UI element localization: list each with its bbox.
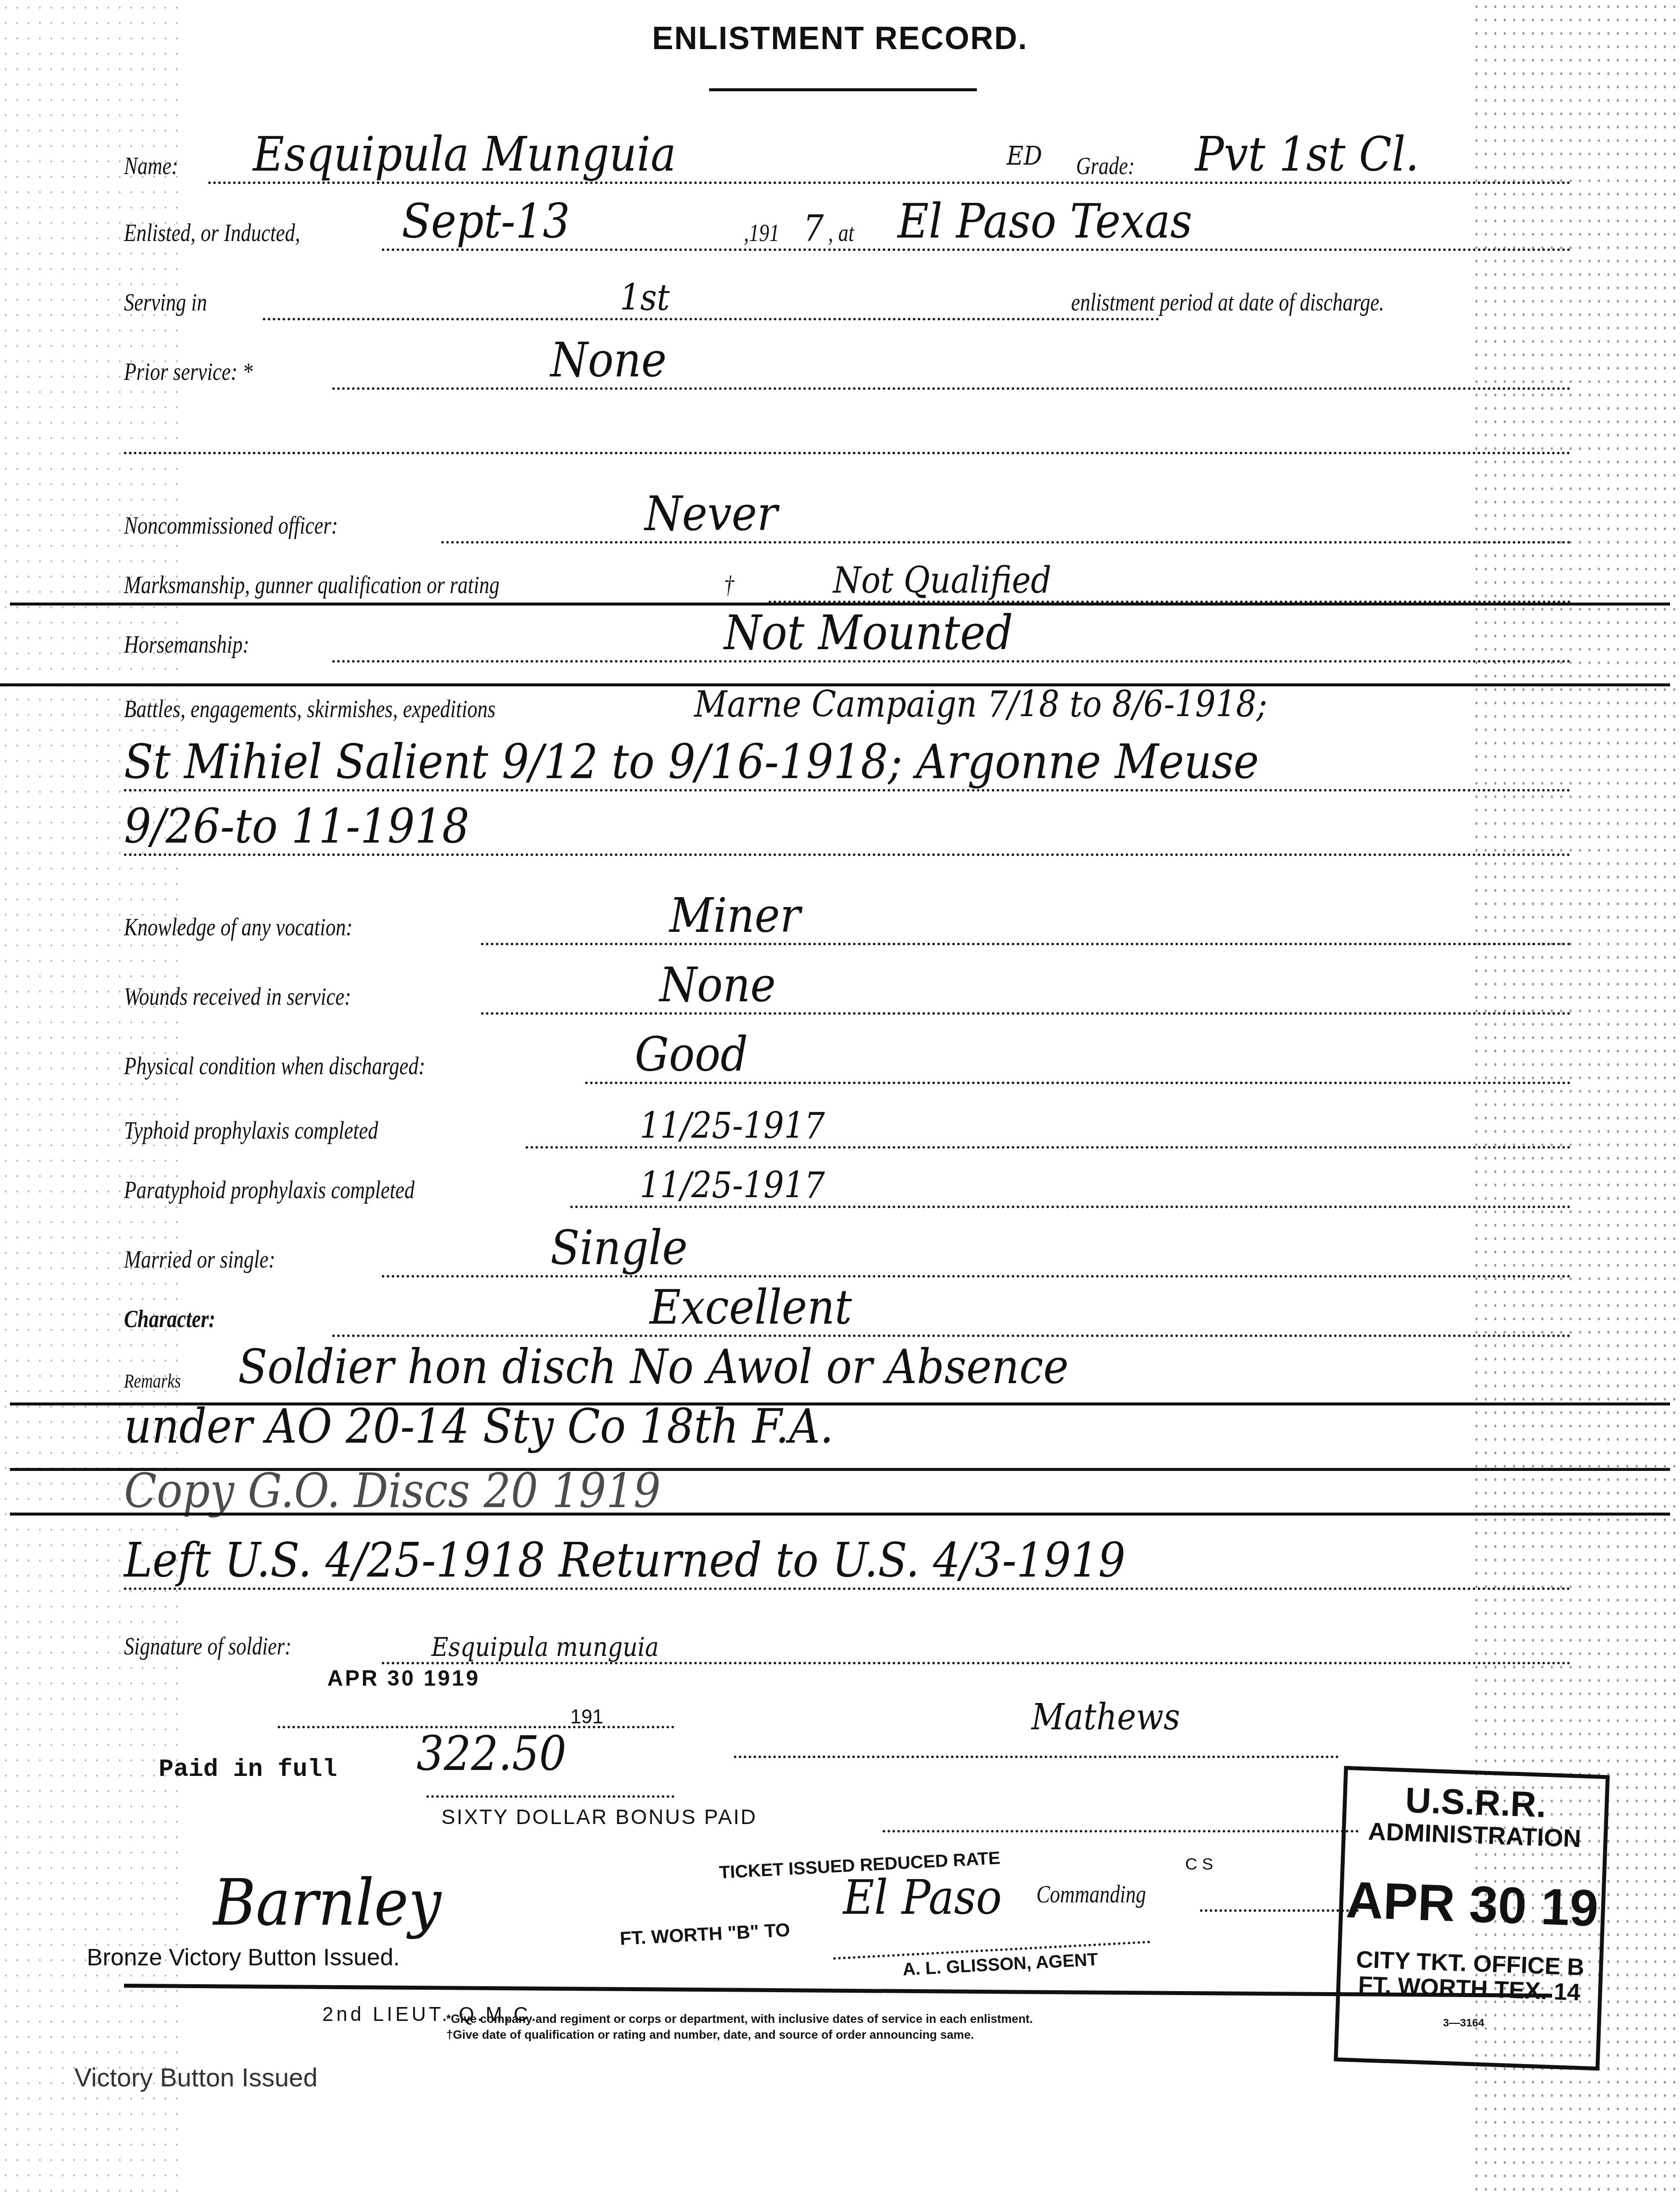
stamp-date: APR 30 19: [1342, 1873, 1602, 1936]
ticket-cs-mark: C S: [1185, 1855, 1213, 1874]
nco-value: Never: [645, 486, 778, 542]
remarks-line-2: under AO 20-14 Sty Co 18th F.A.: [124, 1399, 834, 1454]
prior-service-value: None: [550, 332, 666, 388]
vocation-line: [481, 943, 1571, 945]
field-horsemanship: Horsemanship: Not Mounted: [124, 610, 1571, 670]
marksmanship-value: Not Qualified: [833, 559, 1051, 601]
footnote-2: †Give date of qualification or rating an…: [446, 2028, 974, 2042]
field-marksmanship: Marksmanship, gunner qualification or ra…: [124, 550, 1571, 610]
vocation-value: Miner: [669, 888, 800, 943]
page-title: ENLISTMENT RECORD.: [0, 20, 1680, 57]
field-enlisted: Enlisted, or Inducted, Sept-13 ,191 7 , …: [124, 198, 1571, 258]
marksmanship-dagger: †: [724, 570, 734, 599]
typhoid-value: 11/25-1917: [640, 1105, 825, 1147]
bonus-line: [883, 1830, 1359, 1832]
field-vocation: Knowledge of any vocation: Miner: [124, 893, 1571, 952]
field-paratyphoid: Paratyphoid prophylaxis completed 11/25-…: [124, 1156, 1571, 1215]
physical-label: Physical condition when discharged:: [124, 1051, 425, 1080]
name-value: Esquipula Munguia: [253, 126, 676, 182]
horsemanship-label: Horsemanship:: [124, 630, 249, 659]
character-line: [332, 1335, 1571, 1337]
ticket-from-label: FT. WORTH "B" TO: [619, 1920, 790, 1950]
marksmanship-label: Marksmanship, gunner qualification or ra…: [124, 570, 499, 599]
commanding-signature: Barnley: [213, 1865, 441, 1940]
officer-signature-line: [734, 1756, 1339, 1758]
field-wounds: Wounds received in service: None: [124, 962, 1571, 1022]
remarks-continued-1: under AO 20-14 Sty Co 18th F.A.: [124, 1403, 1571, 1463]
paratyphoid-label: Paratyphoid prophylaxis completed: [124, 1175, 415, 1204]
field-character: Character: Excellent: [124, 1284, 1571, 1344]
remarks-label: Remarks: [124, 1369, 181, 1393]
battles-continued-1: St Mihiel Salient 9/12 to 9/16-1918; Arg…: [124, 739, 1571, 798]
field-typhoid: Typhoid prophylaxis completed 11/25-1917: [124, 1096, 1571, 1156]
grade-value: Pvt 1st Cl.: [1195, 126, 1419, 182]
name-label: Name:: [124, 151, 178, 180]
battles-line-2: St Mihiel Salient 9/12 to 9/16-1918; Arg…: [124, 734, 1259, 790]
field-remarks: Remarks Soldier hon disch No Awol or Abs…: [124, 1344, 1571, 1403]
paid-in-full-label: Paid in full: [159, 1756, 337, 1784]
battles-continued-2: 9/26-to 11-1918: [124, 803, 1571, 863]
wounds-line: [481, 1012, 1571, 1015]
field-marital: Married or single: Single: [124, 1225, 1571, 1284]
remarks-continued-2: Copy G.O. Discs 20 1919: [124, 1468, 1571, 1527]
title-rule: [709, 88, 977, 91]
field-prior-service: Prior service: * None: [124, 337, 1571, 397]
serving-line: [263, 318, 1159, 320]
field-signature: Signature of soldier: Esquipula munguia: [124, 1612, 1571, 1671]
prior-service-extra-line: [124, 402, 1571, 461]
payment-date-stamp: APR 30 1919: [327, 1666, 480, 1691]
serving-value: 1st: [620, 277, 670, 318]
commanding-label: Commanding: [1036, 1880, 1146, 1908]
remarks-line-1: Soldier hon disch No Awol or Absence: [238, 1339, 1069, 1395]
grade-label: Grade:: [1076, 151, 1135, 180]
name-mark: ED: [1007, 141, 1042, 171]
serving-label: Serving in: [124, 288, 207, 316]
battles-line-3: 9/26-to 11-1918: [124, 798, 469, 854]
field-nco: Noncommissioned officer: Never: [124, 491, 1571, 550]
field-battles: Battles, engagements, skirmishes, expedi…: [124, 674, 1571, 734]
prior-service-line: [332, 387, 1571, 390]
remarks-continued-3: Left U.S. 4/25-1918 Returned to U.S. 4/3…: [124, 1537, 1571, 1597]
bronze-button-label: Bronze Victory Button Issued.: [87, 1944, 400, 1971]
bonus-paid-label: SIXTY DOLLAR BONUS PAID: [441, 1805, 757, 1829]
wounds-label: Wounds received in service:: [124, 982, 351, 1011]
horsemanship-value: Not Mounted: [724, 605, 1013, 661]
nco-line: [441, 541, 1571, 544]
enlisted-place: El Paso Texas: [898, 193, 1192, 249]
commanding-line: [1200, 1909, 1359, 1912]
field-name: Name: Esquipula Munguia ED Grade: Pvt 1s…: [124, 131, 1571, 191]
battles-label: Battles, engagements, skirmishes, expedi…: [124, 694, 495, 723]
ticket-destination: El Paso: [843, 1870, 1002, 1925]
nco-label: Noncommissioned officer:: [124, 511, 338, 540]
footnote-1: *Give company and regiment or corps or d…: [446, 2012, 1033, 2026]
enlisted-date: Sept-13: [402, 193, 570, 249]
paid-amount-line: [426, 1795, 674, 1798]
usrr-stamp: U.S.R.R. ADMINISTRATION APR 30 19 CITY T…: [1334, 1766, 1610, 2070]
remarks-line-4: Left U.S. 4/25-1918 Returned to U.S. 4/3…: [124, 1532, 1126, 1588]
battles-line-1: Marne Campaign 7/18 to 8/6-1918;: [694, 683, 1267, 725]
character-label: Character:: [124, 1304, 216, 1333]
enlisted-year-suffix: 7: [803, 207, 824, 249]
field-physical: Physical condition when discharged: Good: [124, 1032, 1571, 1091]
prior-service-label: Prior service: *: [124, 357, 253, 386]
character-value: Excellent: [650, 1279, 852, 1335]
serving-suffix: enlistment period at date of discharge.: [1071, 288, 1384, 316]
bronze-button-faded-copy: Victory Button Issued: [74, 2063, 317, 2093]
signature-value: Esquipula munguia: [431, 1633, 659, 1662]
payment-year-prefix: 191: [570, 1706, 603, 1728]
enlisted-at-label: , at: [828, 218, 854, 247]
enlisted-year-prefix: ,191: [744, 218, 780, 247]
field-serving-in: Serving in 1st enlistment period at date…: [124, 268, 1571, 327]
officer-signature: Mathews: [1031, 1696, 1180, 1738]
paratyphoid-value: 11/25-1917: [640, 1164, 825, 1206]
vocation-label: Knowledge of any vocation:: [124, 913, 353, 941]
enlisted-label: Enlisted, or Inducted,: [124, 218, 300, 247]
marital-value: Single: [550, 1220, 688, 1276]
marital-label: Married or single:: [124, 1245, 275, 1274]
typhoid-label: Typhoid prophylaxis completed: [124, 1116, 378, 1145]
remarks-line-3: Copy G.O. Discs 20 1919: [124, 1463, 661, 1519]
wounds-value: None: [660, 957, 776, 1013]
physical-value: Good: [635, 1027, 748, 1082]
remarks-strikeline-3: [10, 1513, 1670, 1516]
paid-amount: 322.50: [417, 1726, 566, 1781]
signature-label: Signature of soldier:: [124, 1632, 292, 1660]
